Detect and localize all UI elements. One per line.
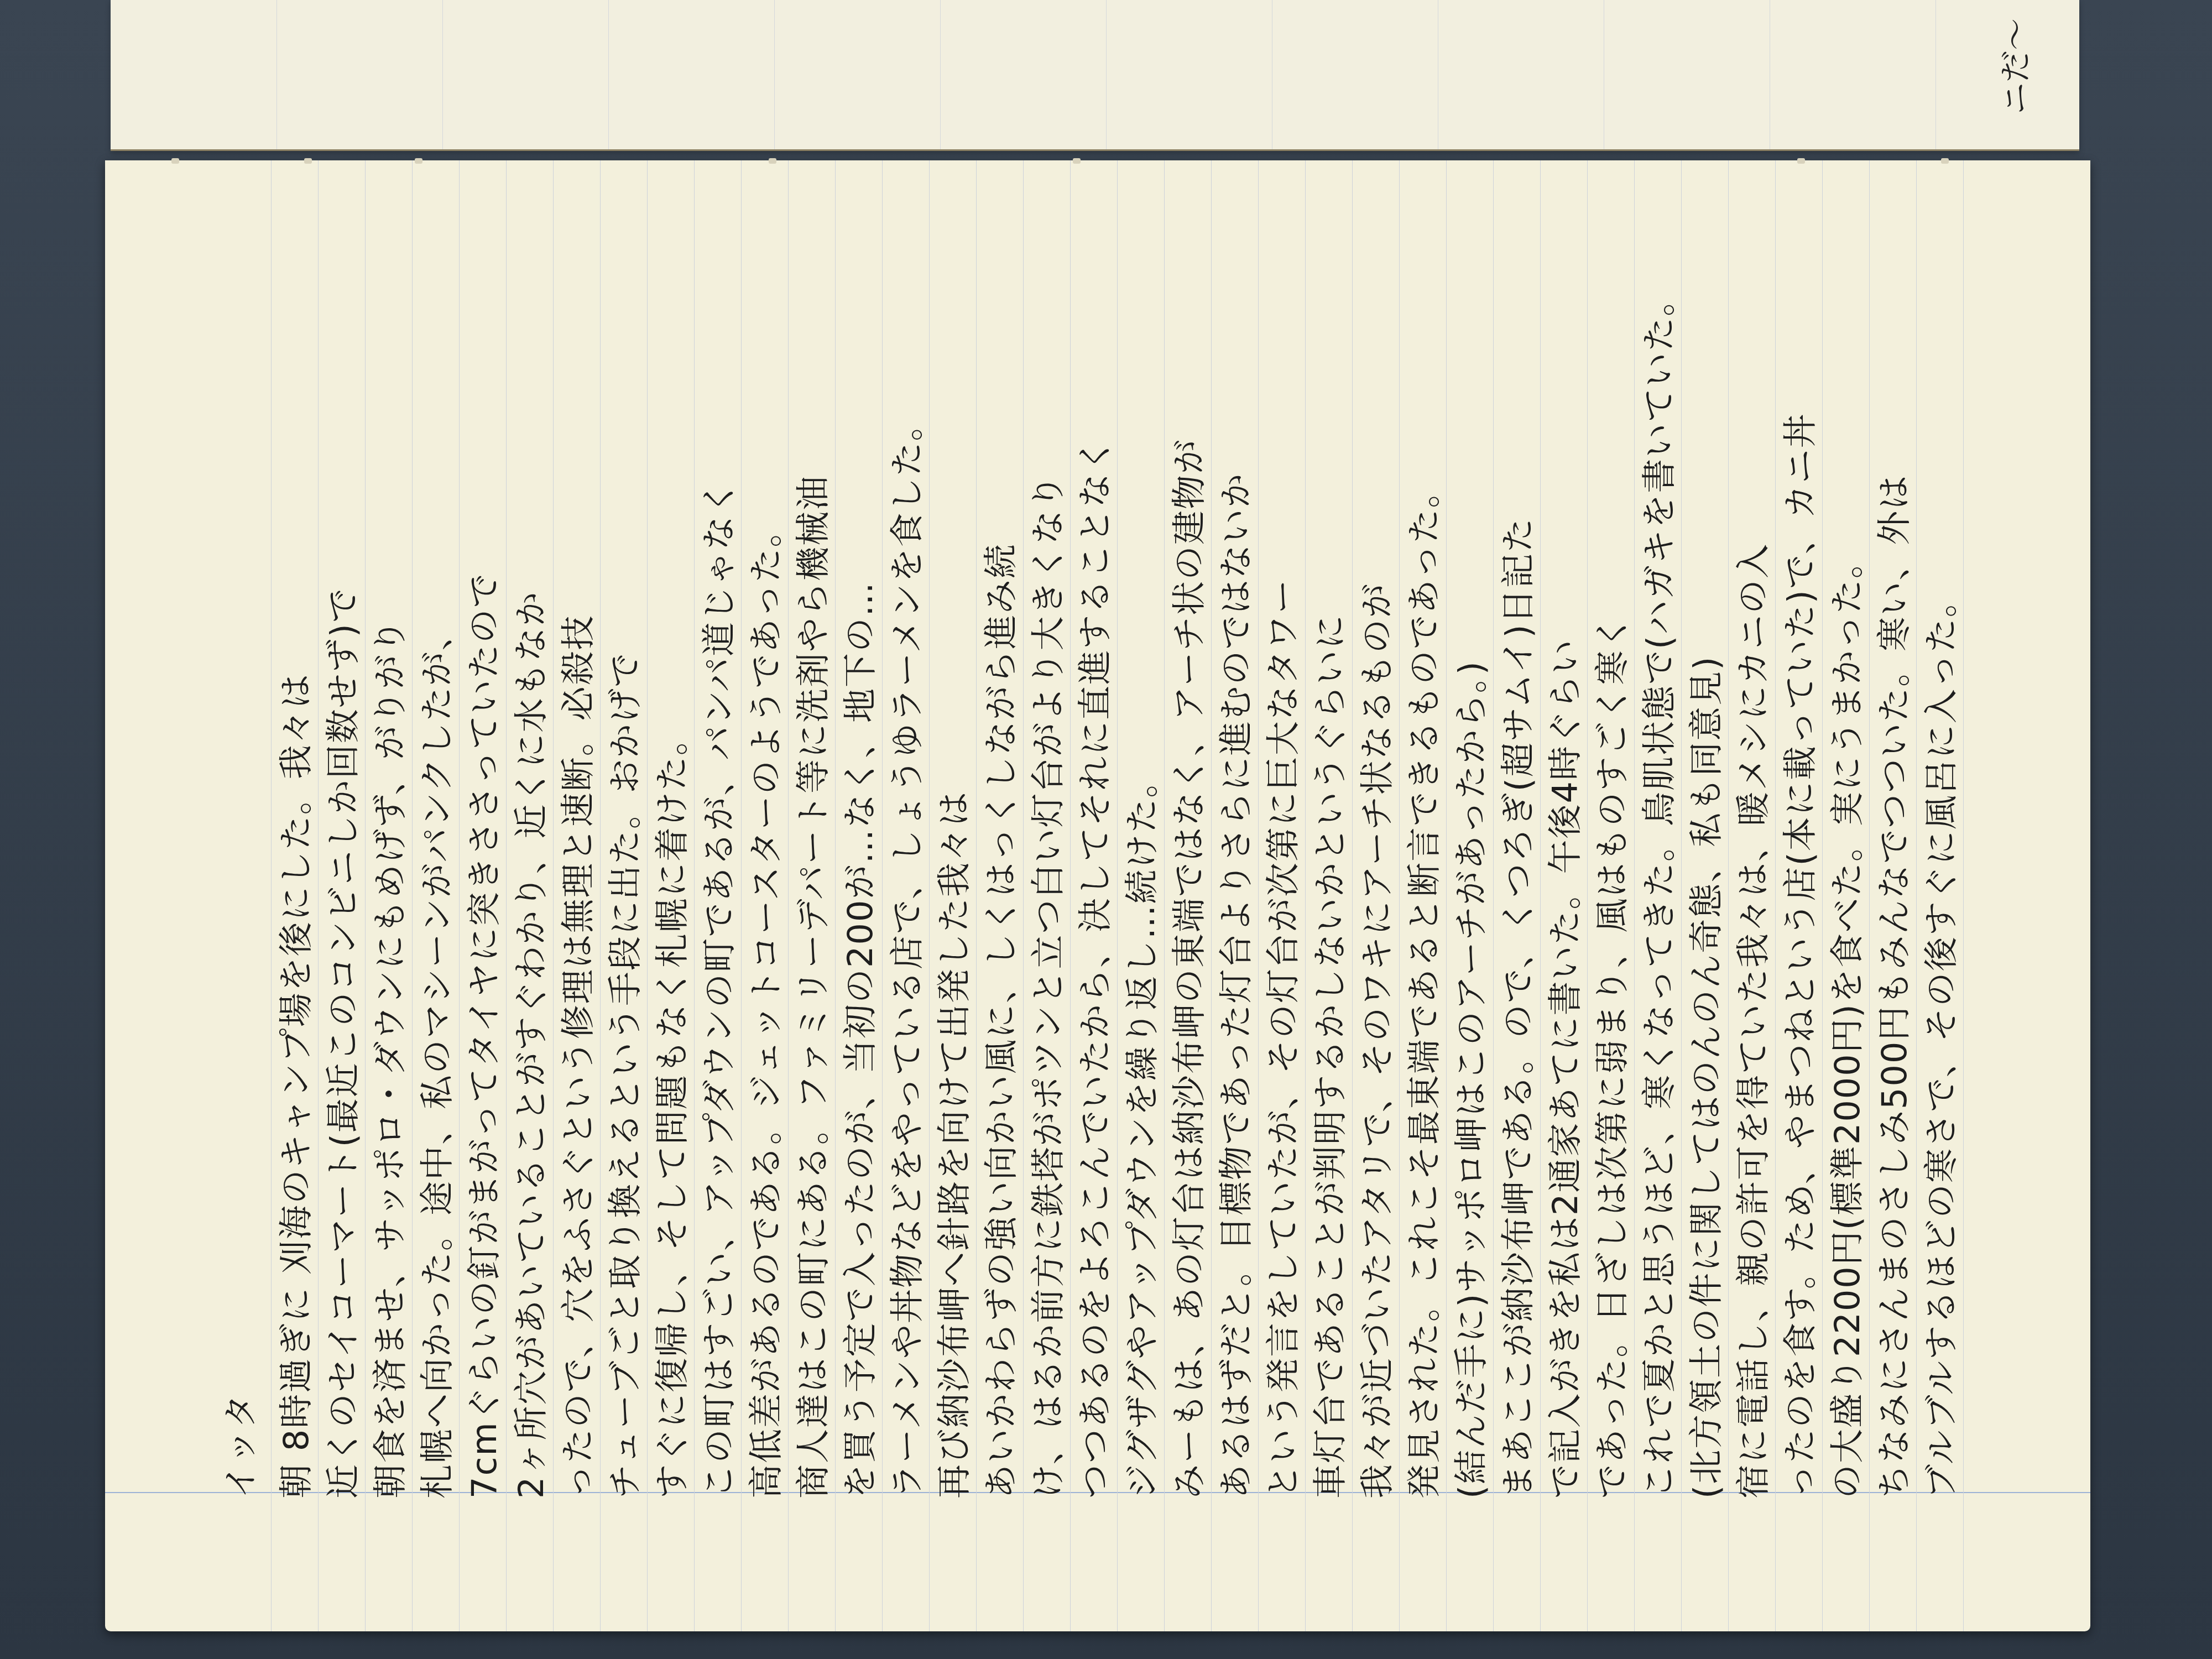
page-ruling — [276, 0, 277, 149]
text-line: 朝 8時過ぎに 刈海のキャンプ場を後にした。我々は — [274, 249, 319, 1499]
text-line: すぐに復帰し、そして問題もなく札幌に着けた。 — [650, 249, 695, 1499]
text-line: ブルブルするほどの寒さで、その後すぐに風呂に入った。 — [1919, 249, 1964, 1499]
text-line: 2ヶ所穴があいていることがすぐわかり、近くに水もなか — [509, 249, 554, 1499]
text-line: ったので、穴をふさぐという修理は無理と速断。必殺技 — [556, 249, 601, 1499]
page-ruling — [1438, 0, 1438, 149]
text-line: 商人達はこの町にある。ファミリーデパート等に洗剤やら機械油 — [791, 249, 836, 1499]
text-line: つつあるのをよろこんでいたから、決してそれに直進することなく — [1073, 249, 1118, 1499]
text-line: ジグザグやアップダウンを繰り返し…続けた。 — [1120, 249, 1165, 1499]
text-line: け、はるか前方に鉄塔がポツンと立つ白い灯台がより大きくなり — [1026, 249, 1071, 1499]
text-line: 札幌へ向かった。途中、私のマシーンがパンクしたが、 — [415, 249, 460, 1499]
text-line: あいかわらずの強い向かい風に、しくはっくしながら進み続 — [979, 249, 1024, 1499]
binding-stitch — [1073, 158, 1081, 164]
text-line: であった。日ざしは次第に弱まり、風はものすごく寒く — [1590, 249, 1635, 1499]
page-ruling — [1936, 0, 1936, 149]
text-line: ったのを食す。ため、やまつねという店(本に載っていた)で、カニ丼 — [1778, 249, 1823, 1499]
text-line: 再び納沙布岬へ針路を向けて出発した我々は — [932, 249, 977, 1499]
notebook-page: イッタ 朝 8時過ぎに 刈海のキャンプ場を後にした。我々は 近くのセイコーマート… — [105, 160, 2090, 1631]
text-line: で記入がきを私は2通家あてに書いた。午後4時ぐらい — [1543, 249, 1588, 1499]
text-line: ちなみにさんまのさしみ500円もみんなでつついた。寒い、外は — [1872, 249, 1917, 1499]
binding-stitch — [1941, 158, 1949, 164]
text-line: この町はすごい、アップダウンの町であるが、パンパ道じゃなく — [697, 249, 742, 1499]
previous-page-edge: ニだ〜 — [111, 0, 2079, 151]
page-ruling — [1106, 0, 1107, 149]
binding-stitch — [769, 158, 776, 164]
text-line: みーもは、あの灯台は納沙布岬の東端ではなく、アーチ状の建物が — [1167, 249, 1212, 1499]
entry-date-label: イッタ — [218, 249, 264, 1499]
page-ruling — [271, 160, 272, 1631]
binding-stitch — [304, 158, 312, 164]
text-line: 我々が近づいたアタリで、そのワキにアーチ状なるものが — [1355, 249, 1400, 1499]
text-line: 車灯台であることが判明するかしないかというぐらいに — [1308, 249, 1353, 1499]
page-ruling — [1604, 0, 1604, 149]
text-line: (結んだ手に)サッポロ岬はこのアーチがあったから。) — [1449, 249, 1494, 1499]
text-line: (北方領土の件に関してはのんのん奇態、私も同意見) — [1684, 249, 1729, 1499]
text-line: 発見された。これこそ最東端であると断言できるものであった。 — [1402, 249, 1447, 1499]
text-line: 近くのセイコーマート(最近このコンビニしか回数せず)で — [321, 249, 366, 1499]
text-line: チューブごと取り換えるという手段に出た。おかげで — [603, 249, 648, 1499]
text-line: を買う予定で入ったのが、当初の200が…なく、地下の… — [838, 249, 883, 1499]
text-line: あるはずだと。目標物であった灯台よりさらに進むのではないか — [1214, 249, 1259, 1499]
text-line: の大盛り2200円(標準2000円)を食べた。実にうまかった。 — [1825, 249, 1870, 1499]
binding-stitch — [415, 158, 422, 164]
text-line: まあここが納沙布岬である。ので、くつろぎ(超サムイ)日記た — [1496, 249, 1541, 1499]
page-ruling — [1272, 0, 1272, 149]
page-ruling — [608, 0, 609, 149]
page-ruling — [442, 0, 443, 149]
binding-stitch — [171, 158, 179, 164]
page-ruling — [774, 0, 775, 149]
text-line: これで夏かと思うほど、寒くなってきた。鳥肌状態で(ハガキを書いていた。 — [1637, 249, 1682, 1499]
page-ruling — [1770, 0, 1770, 149]
text-line: 宿に電話し、親の許可を得ていた我々は、暖メシにカニの入 — [1731, 249, 1776, 1499]
text-line: ラーメンや丼物などをやっている店で、しょうゆラーメンを食した。 — [885, 249, 930, 1499]
text-line: 高低差があるのである。ジェットコースターのようであった。 — [744, 249, 789, 1499]
margin-note: ニだ〜 — [1958, 50, 2068, 83]
text-line: 朝食を済ませ、サッポロ・ダウンにもめげず、がりがり — [368, 249, 413, 1499]
binding-stitch — [1797, 158, 1805, 164]
page-ruling — [940, 0, 941, 149]
text-line: 7cmぐらいの釘がまがってタイヤに突きささっていたので — [462, 249, 507, 1499]
text-line: という発言をしていたが、その灯台が次第に巨大なタワー — [1261, 249, 1306, 1499]
